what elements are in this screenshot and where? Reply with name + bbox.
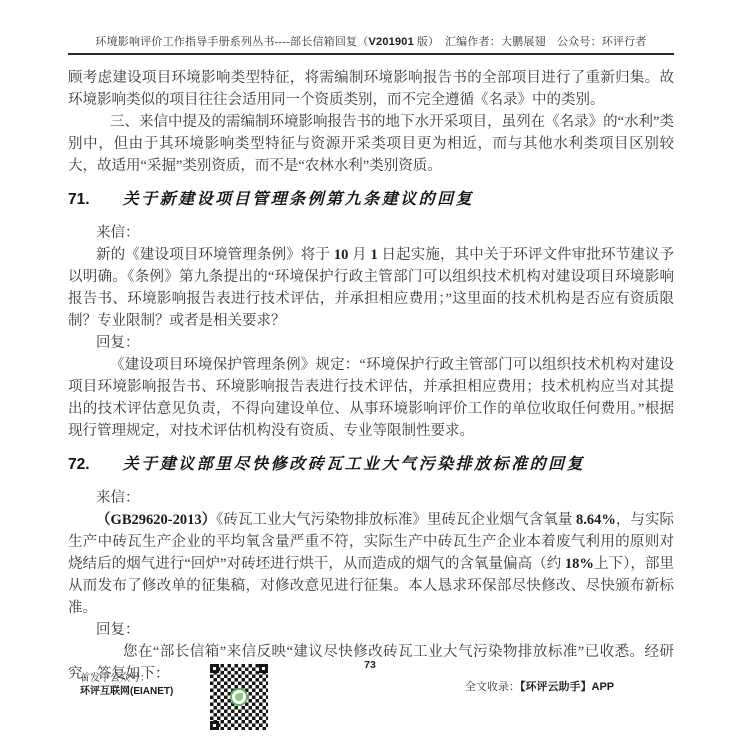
paragraph-carryover: 顾考虑建设项目环境影响类型特征，将需编制环境影响报告书的全部项目进行了重新归集。… bbox=[68, 67, 674, 111]
section-71-reply-label: 回复： bbox=[68, 332, 674, 354]
section-72-reply-label: 回复： bbox=[68, 619, 674, 641]
section-71-letter-text: 新的《建设项目环境管理条例》将于 10 月 1 日起实施，其中关于环评文件审批环… bbox=[68, 244, 674, 332]
letter-run-bold: 10 bbox=[334, 247, 349, 263]
section-71-reply-text: 《建设项目环境保护管理条例》规定：“环境保护行政主管部门可以组织技术机构对建设项… bbox=[68, 354, 674, 442]
footer-app-run: 全文收录： bbox=[465, 681, 520, 693]
section-72-letter-text: （GB29620-2013）《砖瓦工业大气污染物排放标准》里砖瓦企业烟气含氧量 … bbox=[68, 509, 674, 619]
letter-run: 新的《建设项目环境管理条例》将于 bbox=[96, 247, 334, 263]
letter-run-bold: 18% bbox=[565, 556, 594, 572]
page-header: 环境影响评价工作指导手册系列丛书----部长信箱回复（V201901 版） 汇编… bbox=[68, 33, 674, 55]
section-71-letter-label: 来信： bbox=[68, 222, 674, 244]
section-71-title: 关于新建设项目管理条例第九条建议的回复 bbox=[123, 191, 475, 208]
section-72-number: 72. bbox=[68, 452, 90, 478]
footer-publisher-line2: 环评互联网(EIANET) bbox=[80, 685, 173, 698]
qr-code-icon bbox=[210, 664, 268, 730]
letter-run: 《砖瓦工业大气污染物排放标准》里砖瓦企业烟气含氧量 bbox=[216, 512, 576, 528]
header-run: 版） 汇编作者：大鹏展翅 公众号：环评行者 bbox=[414, 36, 647, 48]
section-72-title: 关于建议部里尽快修改砖瓦工业大气污染排放标准的回复 bbox=[123, 456, 586, 473]
footer-app-note: 全文收录：【环评云助手】APP bbox=[465, 678, 614, 694]
footer-publisher: 首发于公众号： 环评互联网(EIANET) bbox=[80, 672, 173, 698]
section-72-letter-label: 来信： bbox=[68, 487, 674, 509]
footer-publisher-line1: 首发于公众号： bbox=[80, 672, 173, 685]
qr-finder-pattern bbox=[210, 721, 219, 730]
footer-app-name: 【环评云助手】APP bbox=[520, 681, 614, 693]
letter-run: 月 bbox=[348, 247, 370, 263]
section-72-heading: 72.关于建议部里尽快修改砖瓦工业大气污染排放标准的回复 bbox=[68, 449, 674, 478]
header-run: 环境影响评价工作指导手册系列丛书----部长信箱回复（ bbox=[95, 36, 368, 48]
qr-center-logo bbox=[230, 688, 248, 706]
page-footer: 首发于公众号： 环评互联网(EIANET) 全文收录：【环评云助手】APP bbox=[68, 660, 672, 732]
section-71-heading: 71.关于新建设项目管理条例第九条建议的回复 bbox=[68, 184, 674, 213]
letter-run-bold: （GB29620-2013） bbox=[96, 512, 216, 528]
document-page: 环境影响评价工作指导手册系列丛书----部长信箱回复（V201901 版） 汇编… bbox=[68, 0, 674, 685]
paragraph-item3: 三、来信中提及的需编制环境影响报告书的地下水开采项目，虽列在《名录》的“水利”类… bbox=[68, 111, 674, 177]
qr-finder-pattern bbox=[210, 664, 219, 673]
header-version: V201901 bbox=[368, 36, 413, 48]
section-71-number: 71. bbox=[68, 187, 90, 213]
qr-finder-pattern bbox=[259, 664, 268, 673]
letter-run-bold: 1 bbox=[371, 247, 378, 263]
letter-run-bold: 8.64% bbox=[576, 512, 616, 528]
